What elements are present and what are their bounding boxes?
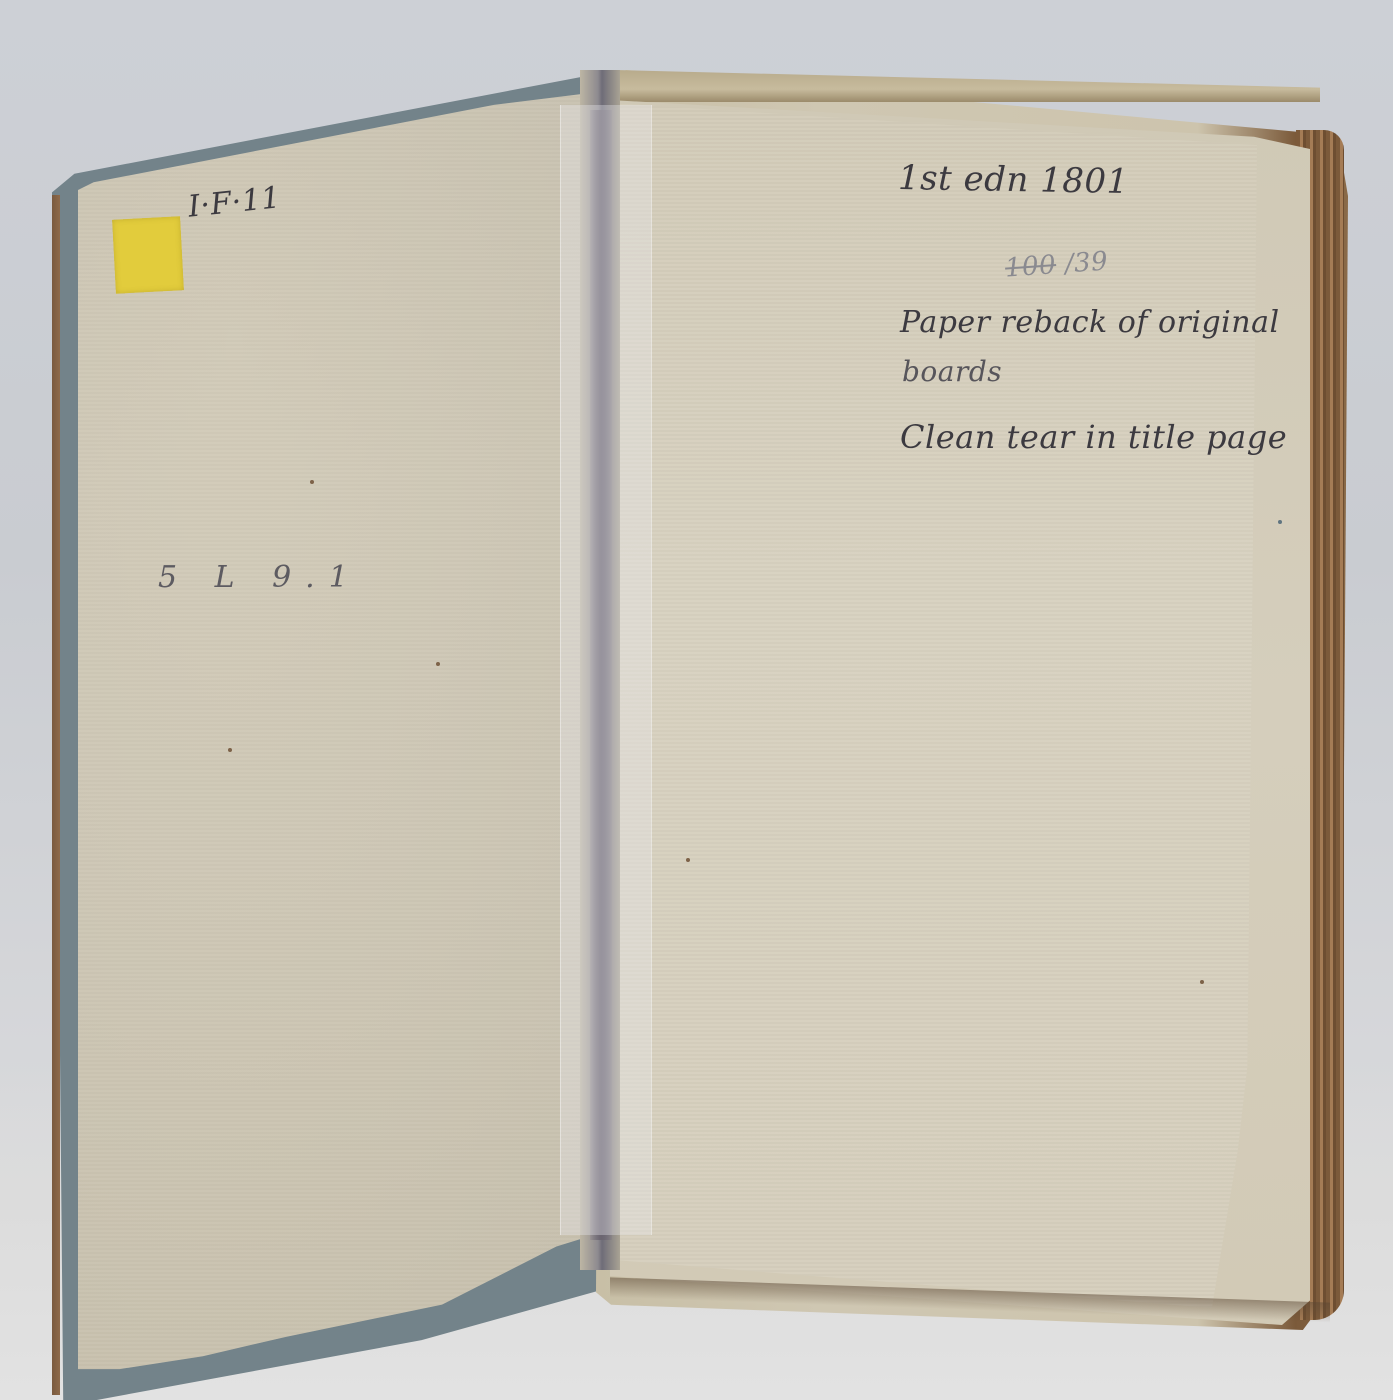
foxing-speck — [228, 748, 232, 752]
book-photo-scene: I·F·11 5 L 9.1 1st edn 1801 100 /39 Pape… — [0, 0, 1393, 1400]
pencil-reference-annotation: 5 L 9.1 — [158, 560, 362, 595]
first-leaf — [612, 103, 1257, 1308]
foxing-speck — [1200, 980, 1204, 984]
repair-tape — [560, 105, 652, 1235]
condition-note-line-1: Paper reback of original — [900, 305, 1280, 340]
foxing-speck — [310, 480, 314, 484]
foxing-speck — [436, 662, 440, 666]
yellow-sticker-label — [112, 216, 184, 293]
cover-edge — [52, 195, 60, 1395]
foxing-speck — [1278, 520, 1282, 524]
struck-price: 100 — [1004, 250, 1057, 283]
foxing-speck — [686, 858, 690, 862]
edition-note: 1st edn 1801 — [898, 158, 1129, 202]
top-edge-of-pages — [600, 70, 1320, 102]
condition-note-line-2: boards — [902, 355, 1002, 388]
current-price: /39 — [1064, 246, 1109, 279]
condition-note-line-3: Clean tear in title page — [900, 418, 1287, 456]
